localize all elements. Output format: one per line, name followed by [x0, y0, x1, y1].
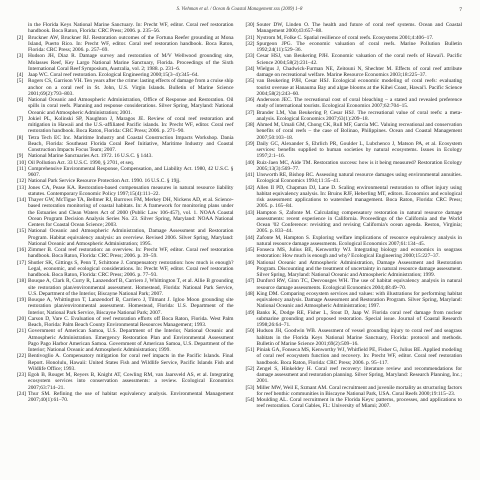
reference-item: [11]Comprehensive Environmental Response… — [17, 166, 234, 179]
reference-item: [36]Andersson JEC. The recreational cost… — [246, 97, 463, 110]
reference-item: [50]Hudson JH, Goodwin WB. Assessment of… — [246, 328, 463, 347]
reference-item: [38]Ahmed M, Umali GM, Chong CK, Rull MF… — [246, 122, 463, 141]
reference-number: [18] — [17, 278, 28, 284]
reference-text: Bouque A, Clark R, Curry R, Lanzendorf B… — [28, 278, 234, 297]
reference-text: Carson D, Vare C. Evaluation of reef res… — [28, 316, 234, 328]
reference-text: Banks K, Dodge RE, Fisher L, Stout D, Ja… — [257, 310, 463, 329]
reference-text: Hampton S, Zafonte M. Calculating compen… — [257, 210, 463, 235]
reference-number: [36] — [246, 97, 257, 103]
reference-text: Hudson JH, Diaz R. Damage survey and res… — [28, 53, 234, 72]
reference-text: Bruckner AW, Bruckner RJ. Restoration ou… — [28, 35, 234, 54]
reference-text: Ruiz-Jaen MC, Aide TM. Restoration succe… — [257, 160, 463, 172]
reference-text: National Oceanic and Atmospheric Adminis… — [28, 97, 234, 116]
reference-text: Daily GC, Alexander S, Ehrlich PR, Gould… — [257, 141, 463, 160]
reference-text: National Oceanic and Atmospheric Adminis… — [257, 260, 463, 279]
reference-number: [45] — [246, 247, 257, 253]
reference-item: [48]King DM. Comparing ecosystem service… — [246, 291, 463, 310]
reference-number: [14] — [17, 197, 28, 203]
reference-item: [35]van Beukering PJH, Cesar HSJ. Ecolog… — [246, 78, 463, 97]
reference-number: [49] — [246, 310, 257, 316]
reference-text: Fonseca MS, Julius BE, Kenworthy WJ. Int… — [257, 247, 463, 259]
reference-number: [46] — [246, 260, 257, 266]
reference-text: in the Florida Keys National Marine Sanc… — [28, 22, 234, 34]
reference-item: [3]Hudson JH, Diaz R. Damage survey and … — [17, 53, 234, 72]
reference-number: [44] — [246, 235, 257, 241]
reference-item: [18]Bouque A, Clark R, Curry R, Lanzendo… — [17, 278, 234, 297]
reference-item: [30]Souter DW, Linden O. The health and … — [246, 22, 463, 35]
reference-text: National Park Service Resource Protectio… — [28, 178, 181, 184]
page-number: 7 — [459, 7, 462, 13]
reference-item: [43]Hampton S, Zafonte M. Calculating co… — [246, 210, 463, 235]
reference-text: Jones CA, Pease KA. Restoration-based co… — [28, 185, 234, 197]
reference-item: [2]Bruckner AW, Bruckner RJ. Restoration… — [17, 35, 234, 54]
reference-item: [37]Brander LM, Van Beukering P, Cesar H… — [246, 110, 463, 123]
reference-number: [41] — [246, 172, 257, 178]
reference-item: [34]Wielgus J, Chadwick-Furman NE, Zeito… — [246, 66, 463, 79]
reference-text: Brander LM, Van Beukering P, Cesar HSJ. … — [257, 110, 463, 122]
reference-text: Shutler SK, Gittings S, Penn T, Schitton… — [28, 260, 234, 279]
reference-text: Miller MW, Weil E, Szmant AM. Coral recr… — [257, 385, 463, 397]
reference-item: [32]Spurgeon JPG. The economic valuation… — [246, 41, 463, 54]
reference-number: [42] — [246, 185, 257, 191]
reference-item: [47]Dunford RW, Ginn TC, Desvousges WH. … — [246, 278, 463, 291]
reference-text: Zengel S, Hinkeldey H. Coral reef recove… — [257, 366, 463, 385]
reference-number: [16] — [17, 247, 28, 253]
running-head: S. Viehman et al. / Ocean & Coastal Mana… — [17, 7, 462, 13]
reference-text: Dunford RW, Ginn TC, Desvousges WH. The … — [257, 278, 463, 290]
reference-item: [19]Bouque A, Whittington T, Lanzendorf … — [17, 297, 234, 316]
reference-item: [14]Thayer GW, McTigue TA, Bellmer RJ, B… — [17, 197, 234, 228]
reference-text: Egoh B, Rouget M, Reyers B, Knight AT, C… — [28, 372, 234, 391]
reference-text: Nystrom M, Folke C. Spatial resilience o… — [257, 35, 434, 41]
reference-number: [13] — [17, 185, 28, 191]
reference-text: Unsworth RE, Bishop RC. Assessing natura… — [257, 172, 463, 184]
reference-number: [30] — [246, 22, 257, 28]
references-right-column: [30]Souter DW, Linden O. The health and … — [246, 22, 463, 410]
references-left-column: in the Florida Keys National Marine Sanc… — [17, 22, 234, 410]
reference-number: [33] — [246, 53, 257, 59]
reference-item: [16]Zimmer B. Coral reef restoration: an… — [17, 247, 234, 260]
reference-number: [50] — [246, 328, 257, 334]
reference-text: Thayer GW, McTigue TA, Bellmer RJ, Burro… — [28, 197, 234, 228]
reference-text: Moulding AL. Coral recruitment in the Fl… — [257, 397, 463, 409]
reference-text: Jokiel PL, Kolinski SP, Naughton J, Mara… — [28, 116, 234, 135]
reference-item: [6]National Oceanic and Atmospheric Admi… — [17, 97, 234, 116]
reference-number: [43] — [246, 210, 257, 216]
reference-number: [37] — [246, 110, 257, 116]
reference-item: [42]Allen II PD, Chapman DJ, Lane D. Sca… — [246, 185, 463, 210]
reference-text: Bouque A, Whittington T, Lanzendorf B, C… — [28, 297, 234, 316]
reference-text: National Marine Sanctuaries Act. 1972. 1… — [28, 153, 153, 159]
reference-item: [33]Cesar HSJ, van Beukering PJH. Econom… — [246, 53, 463, 66]
reference-item: [5]Rogers CS, Garrison VH. Ten years aft… — [17, 78, 234, 97]
reference-item: [39]Daily GC, Alexander S, Ehrlich PR, G… — [246, 141, 463, 160]
reference-item: [45]Fonseca MS, Julius BE, Kenworthy WJ.… — [246, 247, 463, 260]
reference-item: [20]Carson D, Vare C. Evaluation of reef… — [17, 316, 234, 329]
reference-number: [22] — [17, 353, 28, 359]
reference-number: [24] — [17, 391, 28, 397]
reference-item: [21]Government of American Samoa, U.S. D… — [17, 328, 234, 353]
reference-text: Cesar HSJ, van Beukering PJH. Economic v… — [257, 53, 463, 65]
reference-number: [3] — [17, 53, 28, 59]
reference-number: [34] — [246, 66, 257, 72]
reference-item: [49]Banks K, Dodge RE, Fisher L, Stout D… — [246, 310, 463, 329]
reference-text: van Beukering PJH, Cesar HSJ. Ecological… — [257, 78, 463, 97]
reference-text: Tetra Tech EC Inc. Maritime Industry and… — [28, 135, 234, 154]
reference-text: Rogers CS, Garrison VH. Ten years after … — [28, 78, 234, 97]
page-header: S. Viehman et al. / Ocean & Coastal Mana… — [17, 7, 462, 15]
reference-number: [23] — [17, 372, 28, 378]
reference-text: Zimmer B. Coral reef restoration: an ove… — [28, 247, 234, 259]
reference-item: [40]Ruiz-Jaen MC, Aide TM. Restoration s… — [246, 160, 463, 173]
reference-item: [13]Jones CA, Pease KA. Restoration-base… — [17, 185, 234, 198]
reference-number: [19] — [17, 297, 28, 303]
reference-text: Government of American Samoa, U.S. Depar… — [28, 328, 234, 353]
reference-item: [17]Shutler SK, Gittings S, Penn T, Schi… — [17, 260, 234, 279]
reference-text: Comprehensive Environmental Response, Co… — [28, 166, 234, 178]
reference-number: [52] — [246, 366, 257, 372]
reference-number: [21] — [17, 328, 28, 334]
reference-item: [44]Zafonte M, Hampton S. Exploring welf… — [246, 235, 463, 248]
reference-number: [38] — [246, 122, 257, 128]
reference-number: [7] — [17, 116, 28, 122]
reference-item: [22]Bentivoglio A. Compensatory mitigati… — [17, 353, 234, 372]
reference-text: Thur SM. Refining the use of habitat equ… — [28, 391, 234, 403]
reference-text: Hudson JH, Goodwin WB. Assessment of ves… — [257, 328, 463, 347]
reference-number: [20] — [17, 316, 28, 322]
paper-page: S. Viehman et al. / Ocean & Coastal Mana… — [0, 0, 480, 480]
reference-item: [7]Jokiel PL, Kolinski SP, Naughton J, M… — [17, 116, 234, 135]
reference-number: [11] — [17, 166, 28, 172]
reference-number: [32] — [246, 41, 257, 47]
reference-text: Allen II PD, Chapman DJ, Lane D. Scaling… — [257, 185, 463, 210]
reference-number: [2] — [17, 35, 28, 41]
reference-item: [23]Egoh B, Rouget M, Reyers B, Knight A… — [17, 372, 234, 391]
reference-item: [52]Zengel S, Hinkeldey H. Coral reef re… — [246, 366, 463, 385]
reference-text: Spurgeon JPG. The economic valuation of … — [257, 41, 463, 53]
reference-number: [48] — [246, 291, 257, 297]
reference-number: [17] — [17, 260, 28, 266]
reference-text: Zafonte M, Hampton S. Exploring welfare … — [257, 235, 463, 247]
reference-number: [47] — [246, 278, 257, 284]
reference-number: [40] — [246, 160, 257, 166]
reference-text: Souter DW, Linden O. The health and futu… — [257, 22, 463, 34]
reference-item: [53]Miller MW, Weil E, Szmant AM. Coral … — [246, 385, 463, 398]
reference-item: [51]Piniak GA, Fonseca MS, Kenworthy WJ,… — [246, 347, 463, 366]
reference-number: [15] — [17, 228, 28, 234]
reference-item: [46]National Oceanic and Atmospheric Adm… — [246, 260, 463, 279]
reference-item: in the Florida Keys National Marine Sanc… — [17, 22, 234, 35]
reference-text: National Oceanic and Atmospheric Adminis… — [28, 228, 234, 247]
reference-number: [6] — [17, 97, 28, 103]
reference-item: [15]National Oceanic and Atmospheric Adm… — [17, 228, 234, 247]
reference-number: [39] — [246, 141, 257, 147]
reference-number: [35] — [246, 78, 257, 84]
reference-number: [51] — [246, 347, 257, 353]
reference-text: Piniak GA, Fonseca MS, Kenworthy WJ, Whi… — [257, 347, 463, 366]
reference-number: [8] — [17, 135, 28, 141]
reference-text: Ahmed M, Umali GM, Chong CK, Rull MF, Ga… — [257, 122, 463, 141]
reference-text: Andersson JEC. The recreational cost of … — [257, 97, 463, 109]
references-section: in the Florida Keys National Marine Sanc… — [17, 22, 462, 410]
reference-item: [54]Moulding AL. Coral recruitment in th… — [246, 397, 463, 410]
reference-item: [8]Tetra Tech EC Inc. Maritime Industry … — [17, 135, 234, 154]
reference-number: [54] — [246, 397, 257, 403]
reference-item: [24]Thur SM. Refining the use of habitat… — [17, 391, 234, 404]
reference-text: Oil Pollution Act. 33 U.S.C. 1990, § 270… — [28, 160, 134, 166]
reference-text: King DM. Comparing ecosystem services an… — [257, 291, 463, 310]
reference-text: Bentivoglio A. Compensatory mitigation f… — [28, 353, 234, 372]
reference-item: [41]Unsworth RE, Bishop RC. Assessing na… — [246, 172, 463, 185]
reference-number: [5] — [17, 78, 28, 84]
reference-number: [53] — [246, 385, 257, 391]
reference-text: Wielgus J, Chadwick-Furman NE, Zeitouni … — [257, 66, 463, 78]
